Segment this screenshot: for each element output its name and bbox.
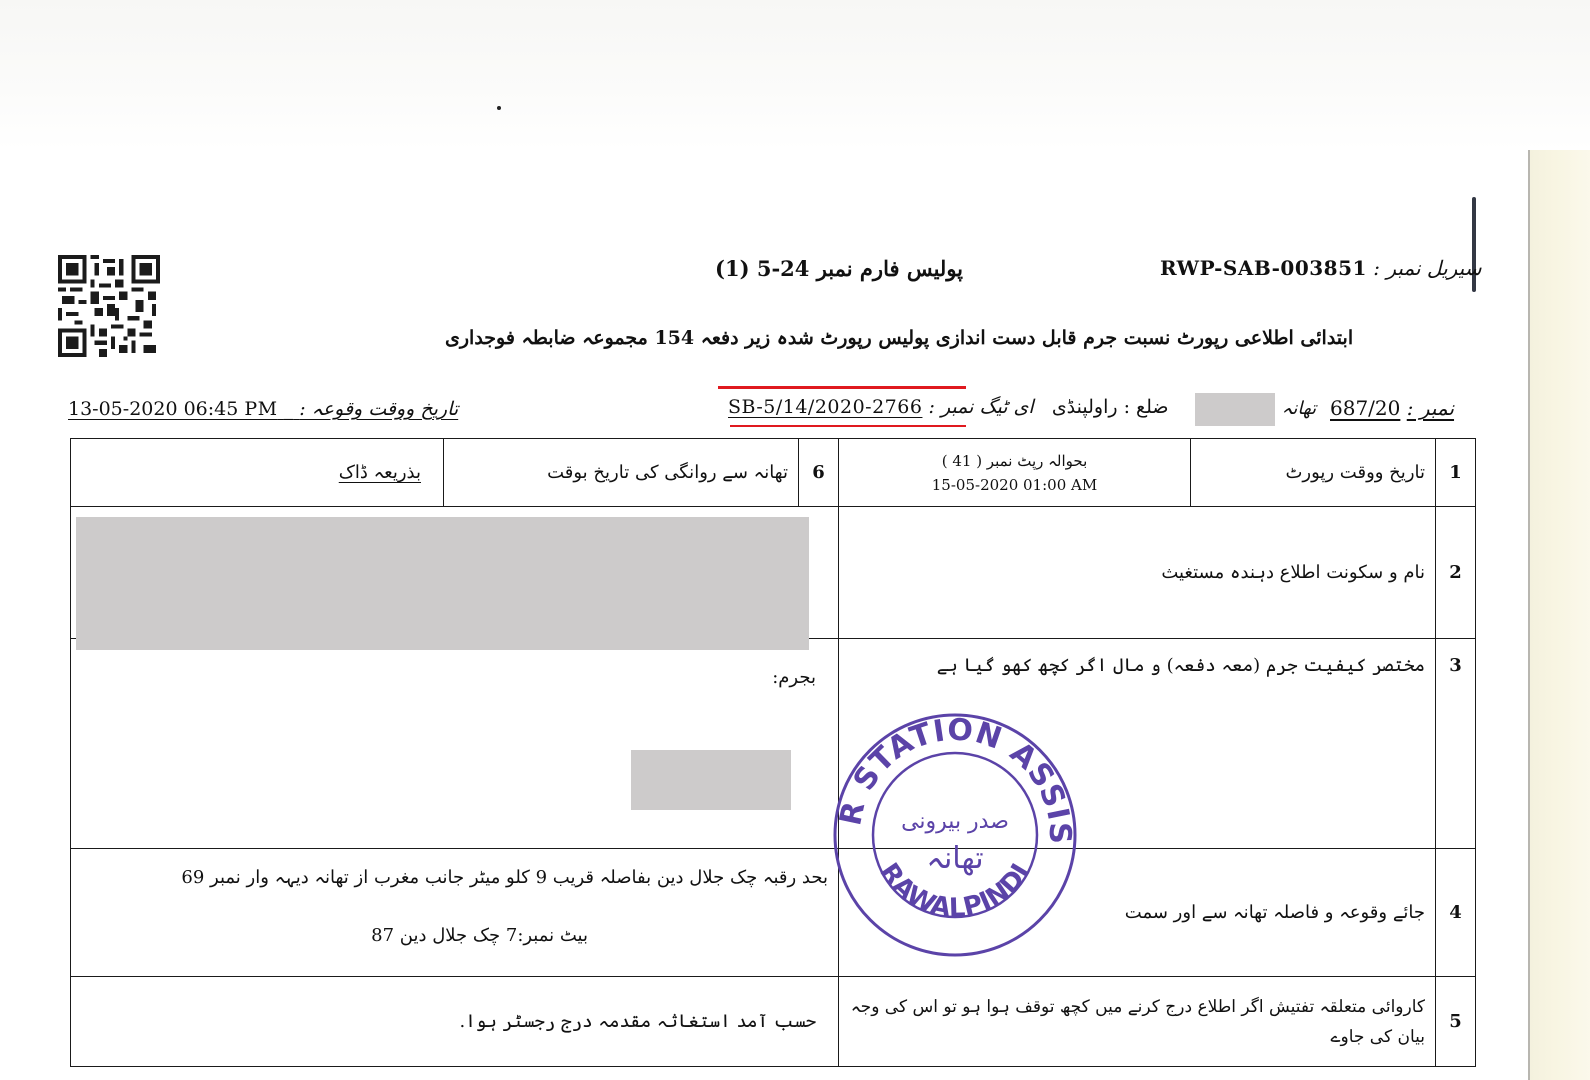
row-label: تھانہ سے روانگی کی تاریخ بوقت [444, 439, 799, 507]
row-number: 5 [1436, 977, 1476, 1067]
row-number: 3 [1436, 639, 1476, 849]
place-description: بحد رقبہ چک جلال دین بفاصلہ قریب 9 کلو م… [81, 861, 828, 895]
highlight-line-top [718, 386, 966, 389]
scan-background-top [0, 0, 1590, 150]
station-label: تھانہ : [1270, 398, 1316, 419]
qr-code-icon [58, 255, 160, 357]
district-label: ضلع : [1124, 396, 1169, 418]
occurrence-datetime: تاریخ ووقت وقوعہ : 13-05-2020 06:45 PM _ [68, 398, 458, 420]
row-number: 4 [1436, 849, 1476, 977]
row-label: نام و سکونت اطلاع دہندہ مستغیث [839, 507, 1436, 639]
report-reference-number: بحوالہ رپٹ نمبر ( 41 ) [849, 449, 1180, 473]
district-value: راولپنڈی [1052, 396, 1118, 418]
document-title: ابتدائی اطلاعی رپورٹ نسبت جرم قابل دست ا… [445, 327, 1353, 349]
offence-label: بجرم: [81, 667, 816, 688]
svg-text:تھانہ: تھانہ [926, 841, 983, 876]
table-row: 1 تاریخ ووقت رپورٹ بحوالہ رپٹ نمبر ( 41 … [71, 439, 1476, 507]
serial-label: سیریل نمبر : [1373, 256, 1481, 280]
scan-page-edge [1528, 150, 1590, 1080]
occurrence-label: تاریخ ووقت وقوعہ : [299, 398, 458, 420]
redacted-station [1195, 393, 1275, 426]
district-etag: ضلع : راولپنڈی ای ٹیگ نمبر : SB-5/14/202… [728, 396, 1169, 418]
table-row: 3 مختصر کیفیت جرم (معہ دفعہ) و مال اگر ک… [71, 639, 1476, 849]
redacted-offence-details [631, 750, 791, 810]
etag-value: SB-5/14/2020-2766 [728, 396, 922, 418]
station-stamp-icon: SENIOR STATION ASSISTANT ★ RAWALPINDI ★ … [830, 710, 1080, 960]
fir-number: نمبر : 687/20 [1330, 396, 1454, 420]
dispatch-method: بذریعہ ڈاک [71, 439, 444, 507]
row-number: 1 [1436, 439, 1476, 507]
report-datetime: 15-05-2020 01:00 AM [849, 473, 1180, 497]
row-number: 2 [1436, 507, 1476, 639]
place-of-occurrence: بحد رقبہ چک جلال دین بفاصلہ قریب 9 کلو م… [71, 849, 839, 977]
report-reference: بحوالہ رپٹ نمبر ( 41 ) 15-05-2020 01:00 … [839, 439, 1191, 507]
offence-cell: بجرم: [71, 639, 839, 849]
beat-number: بیٹ نمبر:7 چک جلال دین 87 [81, 919, 828, 953]
form-number: پولیس فارم نمبر 24-5 (1) [715, 256, 963, 281]
occurrence-value: 13-05-2020 06:45 PM [68, 398, 278, 420]
table-row: 5 کاروائی متعلقہ تفتیش اگر اطلاع درج کرن… [71, 977, 1476, 1067]
svg-text:صدر بیرونی: صدر بیرونی [901, 809, 1009, 834]
fir-number-value: 687/20 [1330, 396, 1400, 420]
investigation-note: حسب آمد استغاثہ مقدمہ درج رجسٹر ہوا. [71, 977, 839, 1067]
highlight-line-bottom [730, 425, 966, 427]
row-number: 6 [799, 439, 839, 507]
serial-value: RWP-SAB-003851 [1160, 256, 1367, 280]
row-label: کاروائی متعلقہ تفتیش اگر اطلاع درج کرنے … [839, 977, 1436, 1067]
etag-label: ای ٹیگ نمبر : [929, 396, 1034, 418]
redacted-complainant [76, 517, 809, 650]
table-row: 4 جائے وقوعہ و فاصلہ تھانہ سے اور سمت بح… [71, 849, 1476, 977]
fir-number-label: نمبر : [1407, 396, 1454, 420]
scan-speck [497, 106, 501, 110]
row-label: تاریخ ووقت رپورٹ [1191, 439, 1436, 507]
serial-number: سیریل نمبر : RWP-SAB-003851 [1160, 256, 1481, 280]
